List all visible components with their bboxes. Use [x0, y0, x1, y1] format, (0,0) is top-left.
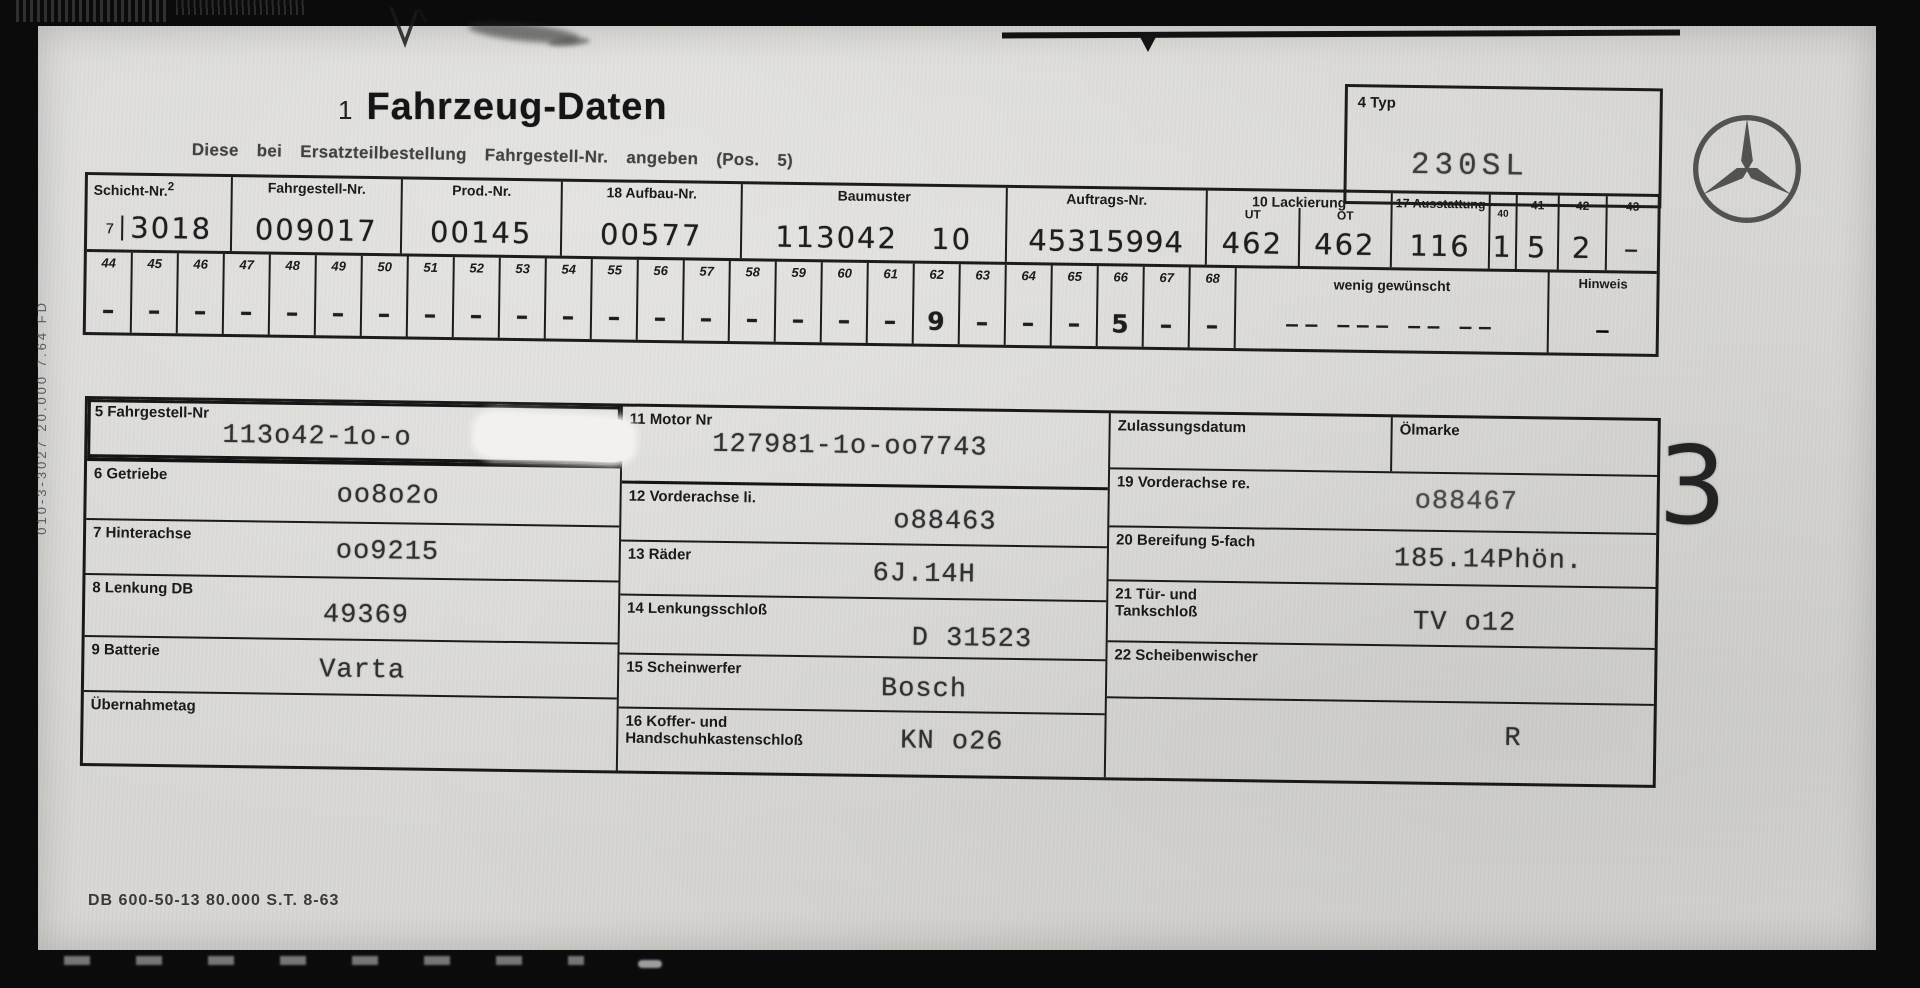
vehicle-table: 5 Fahrgestell-Nr 113o42-1o-o 6 Getriebe … [80, 396, 1661, 788]
ut-value: 462 [1207, 226, 1298, 261]
row-value: D 31523 [911, 624, 1032, 656]
code-cell-value: – [822, 305, 866, 335]
fahrgestell-label: Fahrgestell-Nr. [233, 177, 401, 197]
code-cell-number: 55 [593, 259, 637, 278]
cell-aufbau-nr: 18 Aufbau-Nr. 00577 [562, 182, 743, 259]
code-cell-number: 44 [87, 252, 131, 271]
code-cell-value: – [500, 301, 544, 331]
split-cells: Zulassungsdatum Ölmarke [1110, 413, 1658, 475]
row-value: TV o12 [1413, 608, 1517, 639]
code-cell-number: 46 [179, 253, 223, 272]
code-cell-56: 56– [638, 260, 685, 341]
lackierung-ot: OT 462 [1297, 208, 1390, 267]
mercedes-star-icon [1688, 110, 1806, 228]
row-vorderachse-re: 19 Vorderachse re. o88467 [1109, 469, 1657, 535]
aufbau-label: 18 Aufbau-Nr. [563, 182, 741, 202]
code-cell-value: – [454, 300, 498, 330]
row-value: oo9215 [336, 537, 440, 568]
code-cell-60: 60– [822, 262, 869, 343]
schicht-value: 73018 [87, 210, 230, 246]
code-cell-49: 49– [316, 255, 363, 336]
cell-baumuster: Baumuster 113042 10 [742, 184, 1008, 262]
code-cell-value: – [86, 295, 130, 325]
code-cell-number: 47 [225, 254, 269, 273]
code-cell-number: 57 [685, 260, 729, 279]
scanned-document: 1Fahrzeug-Daten Diese bei Ersatzteilbest… [0, 0, 1920, 988]
row-kofferschloss: 16 Koffer- und Handschuhkastenschloß KN … [618, 708, 1105, 777]
lackierung-subcells: UT 462 OT 462 [1207, 207, 1391, 268]
code-cell-value: 5 [1098, 309, 1142, 339]
code-cell-number: 62 [915, 264, 959, 283]
code-cell-65: 65– [1052, 266, 1099, 347]
hinweis-value: – [1549, 315, 1656, 345]
row-label: Ölmarke [1400, 421, 1460, 439]
ausstattung-main: 17 Ausstattung 116 [1392, 193, 1489, 268]
code-cell-59: 59– [776, 262, 823, 343]
code-cell-value: – [960, 307, 1004, 337]
ot-label: OT [1300, 208, 1391, 223]
code-cell-54: 54– [546, 258, 593, 339]
row-zulassung-oelmarke: Zulassungsdatum Ölmarke [1110, 413, 1658, 477]
code-cell-57: 57– [684, 260, 731, 341]
baumuster-value: 113042 10 [742, 219, 1005, 257]
scan-mark [1140, 37, 1156, 52]
page-title: 1Fahrzeug-Daten [338, 86, 668, 129]
code-cell-value: – [178, 296, 222, 326]
cell-prod-nr: Prod.-Nr. 00145 [402, 179, 563, 255]
ausstattung-corner: 40 1 [1488, 195, 1516, 269]
row-label: 13 Räder [628, 546, 692, 564]
code-cell-number: 59 [777, 262, 821, 281]
code-cell-62: 629 [914, 264, 961, 345]
row-lenkungsschloss: 14 Lenkungsschloß D 31523 [619, 595, 1106, 661]
ut-label: UT [1207, 207, 1298, 222]
code-cell-number: 51 [409, 257, 453, 276]
ausstattung-label: 17 Ausstattung [1393, 193, 1489, 212]
footnote-marker: 2 [168, 180, 175, 193]
code-cell-44: 44– [86, 252, 133, 333]
vehicle-right-column: Zulassungsdatum Ölmarke 19 Vorderachse r… [1106, 413, 1658, 785]
code-cell-48: 48– [270, 255, 317, 336]
cell-auftrags-nr: Auftrags-Nr. 45315994 [1007, 188, 1208, 265]
code-cell-value: 9 [914, 307, 958, 337]
cell-43: 43 – [1607, 196, 1658, 271]
cell-42: 42 2 [1559, 196, 1608, 271]
col41-value: 5 [1517, 230, 1557, 265]
code-cell-number: 64 [1007, 265, 1051, 284]
cell-zulassungsdatum: Zulassungsdatum [1110, 413, 1391, 471]
redaction-blob [474, 412, 634, 464]
title-text: Fahrzeug-Daten [366, 86, 667, 128]
code-cell-52: 52– [454, 257, 501, 338]
code-cell-value: – [592, 302, 636, 332]
wenig-value: –– ––– –– –– [1236, 310, 1547, 342]
row-label: 12 Vorderachse li. [629, 488, 757, 507]
schicht-label: Schicht-Nr.2 [88, 175, 231, 200]
stamp-digit: 3 [1658, 424, 1727, 549]
prod-value: 00145 [402, 214, 560, 250]
code-cell-value: – [362, 299, 406, 329]
code-cell-number: 52 [455, 257, 499, 276]
row-value: 6J.14H [872, 559, 976, 590]
row-value: KN o26 [900, 726, 1004, 757]
row-value: o88463 [893, 506, 997, 537]
row-tuer-tankschloss: 21 Tür- und Tankschloß TV o12 [1108, 581, 1656, 650]
form-print-code: DB 600-50-13 80.000 S.T. 8-63 [88, 892, 339, 910]
code-cell-66: 665 [1098, 266, 1145, 347]
scan-artifact [638, 960, 662, 968]
code-cell-number: 63 [961, 264, 1005, 283]
typ-label: 4 Typ [1358, 94, 1396, 112]
code-cell-value: – [730, 304, 774, 334]
row-label: 16 Koffer- und Handschuhkastenschloß [625, 713, 890, 751]
row-label: 5 Fahrgestell-Nr [95, 403, 215, 422]
edge-print-code: 010-3-3027 20.000 7.64 FD [34, 300, 49, 535]
pen-checkmark-icon [386, 2, 432, 50]
row-empty-r: R [1106, 698, 1654, 785]
code-cell-number: 45 [133, 253, 177, 272]
code-cell-47: 47– [224, 254, 271, 335]
cell-lackierung: 10 Lackierung UT 462 OT 462 [1207, 191, 1393, 268]
code-cell-number: 56 [639, 260, 683, 279]
corner-label: 40 [1490, 209, 1515, 220]
col43-value: – [1607, 231, 1657, 266]
code-cell-61: 61– [868, 263, 915, 344]
code-cell-value: – [684, 303, 728, 333]
code-cell-number: 49 [317, 255, 361, 274]
scan-artifact [64, 956, 584, 965]
cell-schicht-nr: Schicht-Nr.2 73018 [87, 175, 233, 251]
row-getriebe: 6 Getriebe oo8o2o [86, 461, 620, 527]
row-label: 15 Scheinwerfer [626, 659, 741, 678]
cell-hinweis: Hinweis – [1549, 272, 1657, 353]
col43-label: 43 [1608, 196, 1658, 215]
code-cell-value: – [1052, 309, 1096, 339]
code-cell-67: 67– [1144, 267, 1191, 348]
row-bereifung: 20 Bereifung 5-fach 185.14Phön. [1109, 527, 1657, 589]
code-cell-value: – [868, 306, 912, 336]
typ-value: 230SL [1411, 148, 1529, 185]
vehicle-middle-column: 11 Motor Nr 127981-1o-oo7743 12 Vorderac… [618, 407, 1111, 778]
code-cell-value: – [270, 298, 314, 328]
mercedes-logo [1688, 110, 1806, 228]
lackierung-ut: UT 462 [1207, 207, 1298, 266]
code-cell-number: 53 [501, 258, 545, 277]
code-cell-number: 66 [1099, 266, 1143, 285]
auftrag-value: 45315994 [1007, 223, 1205, 260]
aufbau-value: 00577 [562, 217, 740, 253]
hinweis-label: Hinweis [1549, 272, 1656, 291]
code-cell-63: 63– [960, 264, 1007, 345]
code-cell-number: 58 [731, 261, 775, 280]
code-cell-number: 54 [547, 258, 591, 277]
code-cell-55: 55– [592, 259, 639, 340]
code-cell-value: – [1006, 308, 1050, 338]
code-cell-51: 51– [408, 257, 455, 338]
code-cell-50: 50– [362, 256, 409, 337]
row-label: 14 Lenkungsschloß [627, 600, 767, 619]
code-cell-58: 58– [730, 261, 777, 342]
code-cell-number: 60 [823, 262, 867, 281]
col41-label: 41 [1518, 195, 1558, 214]
corner-value: 1 [1490, 230, 1516, 264]
fahrgestell-value: 009017 [232, 212, 400, 248]
schicht-box-digit: 7 [105, 215, 123, 240]
code-cell-value: – [1144, 310, 1188, 340]
code-cell-number: 50 [363, 256, 407, 275]
row-label: Zulassungsdatum [1118, 417, 1247, 436]
baumuster-label: Baumuster [743, 184, 1006, 206]
title-number: 1 [338, 95, 352, 125]
row-scheinwerfer: 15 Scheinwerfer Bosch [619, 654, 1106, 715]
auftrag-label: Auftrags-Nr. [1008, 188, 1206, 209]
row-value: oo8o2o [336, 481, 440, 512]
row-label: 6 Getriebe [94, 465, 168, 483]
code-cell-68: 68– [1190, 267, 1237, 348]
row-label: 20 Bereifung 5-fach [1116, 531, 1255, 550]
row-uebernahmetag: Übernahmetag [83, 692, 617, 770]
row-label: Übernahmetag [91, 696, 196, 714]
scan-artifact [176, 0, 304, 15]
ot-value: 462 [1299, 227, 1390, 262]
scan-artifact [16, 0, 168, 22]
code-cell-value: – [1190, 310, 1234, 340]
row-label: 9 Batterie [91, 641, 160, 659]
code-cells: 44–45–46–47–48–49–50–51–52–53–54–55–56–5… [86, 252, 1237, 348]
row-raeder: 13 Räder 6J.14H [620, 541, 1107, 602]
header-table: Schicht-Nr.2 73018 Fahrgestell-Nr. 00901… [83, 172, 1661, 357]
row-motor-nr: 11 Motor Nr 127981-1o-oo7743 [622, 407, 1109, 491]
col42-value: 2 [1559, 231, 1605, 266]
cell-fahrgestell-nr: Fahrgestell-Nr. 009017 [232, 177, 403, 253]
row-vorderachse-li: 12 Vorderachse li. o88463 [621, 484, 1108, 549]
row-batterie: 9 Batterie Varta [84, 637, 618, 699]
code-cell-value: – [776, 305, 820, 335]
code-cell-value: – [638, 303, 682, 333]
row-scheibenwischer: 22 Scheibenwischer [1107, 642, 1655, 706]
code-cell-number: 67 [1145, 267, 1189, 286]
wenig-label: wenig gewünscht [1236, 268, 1547, 295]
row-value: 113o42-1o-o [222, 421, 412, 454]
row-hinterachse: 7 Hinterachse oo9215 [86, 520, 620, 582]
prod-label: Prod.-Nr. [403, 179, 561, 199]
row-label: 8 Lenkung DB [92, 579, 193, 597]
row-label: 22 Scheibenwischer [1114, 646, 1258, 665]
row-label: 7 Hinterachse [93, 524, 192, 542]
code-cell-64: 64– [1006, 265, 1053, 346]
row-value: 127981-1o-oo7743 [712, 430, 988, 464]
row-value: o88467 [1414, 487, 1518, 518]
code-cell-value: – [224, 297, 268, 327]
row-value: 49369 [323, 600, 409, 631]
row-value: R [1504, 724, 1522, 754]
row-value: Bosch [881, 674, 967, 705]
cell-ausstattung: 17 Ausstattung 116 40 1 [1392, 193, 1518, 269]
row-label: 11 Motor Nr [630, 411, 713, 429]
code-cell-number: 48 [271, 255, 315, 274]
cell-wenig-gewuenscht: wenig gewünscht –– ––– –– –– [1236, 268, 1550, 352]
row-label: 19 Vorderachse re. [1117, 473, 1250, 492]
ausstattung-value: 116 [1392, 228, 1488, 263]
code-cell-46: 46– [178, 253, 225, 334]
code-cell-number: 65 [1053, 266, 1097, 285]
code-cell-45: 45– [132, 253, 179, 334]
cell-41: 41 5 [1517, 195, 1560, 270]
code-cell-value: – [546, 301, 590, 331]
col42-label: 42 [1560, 196, 1606, 215]
row-value: Varta [319, 655, 405, 686]
code-cell-value: – [132, 296, 176, 326]
cell-oelmarke: Ölmarke [1390, 417, 1658, 475]
code-cell-53: 53– [500, 258, 547, 339]
row-label: 21 Tür- und Tankschloß [1115, 585, 1250, 621]
code-cell-number: 68 [1191, 267, 1235, 286]
row-lenkung: 8 Lenkung DB 49369 [85, 575, 619, 644]
code-cell-value: – [316, 298, 360, 328]
code-cell-value: – [408, 300, 452, 330]
code-cell-number: 61 [869, 263, 913, 282]
row-value: 185.14Phön. [1394, 544, 1584, 577]
